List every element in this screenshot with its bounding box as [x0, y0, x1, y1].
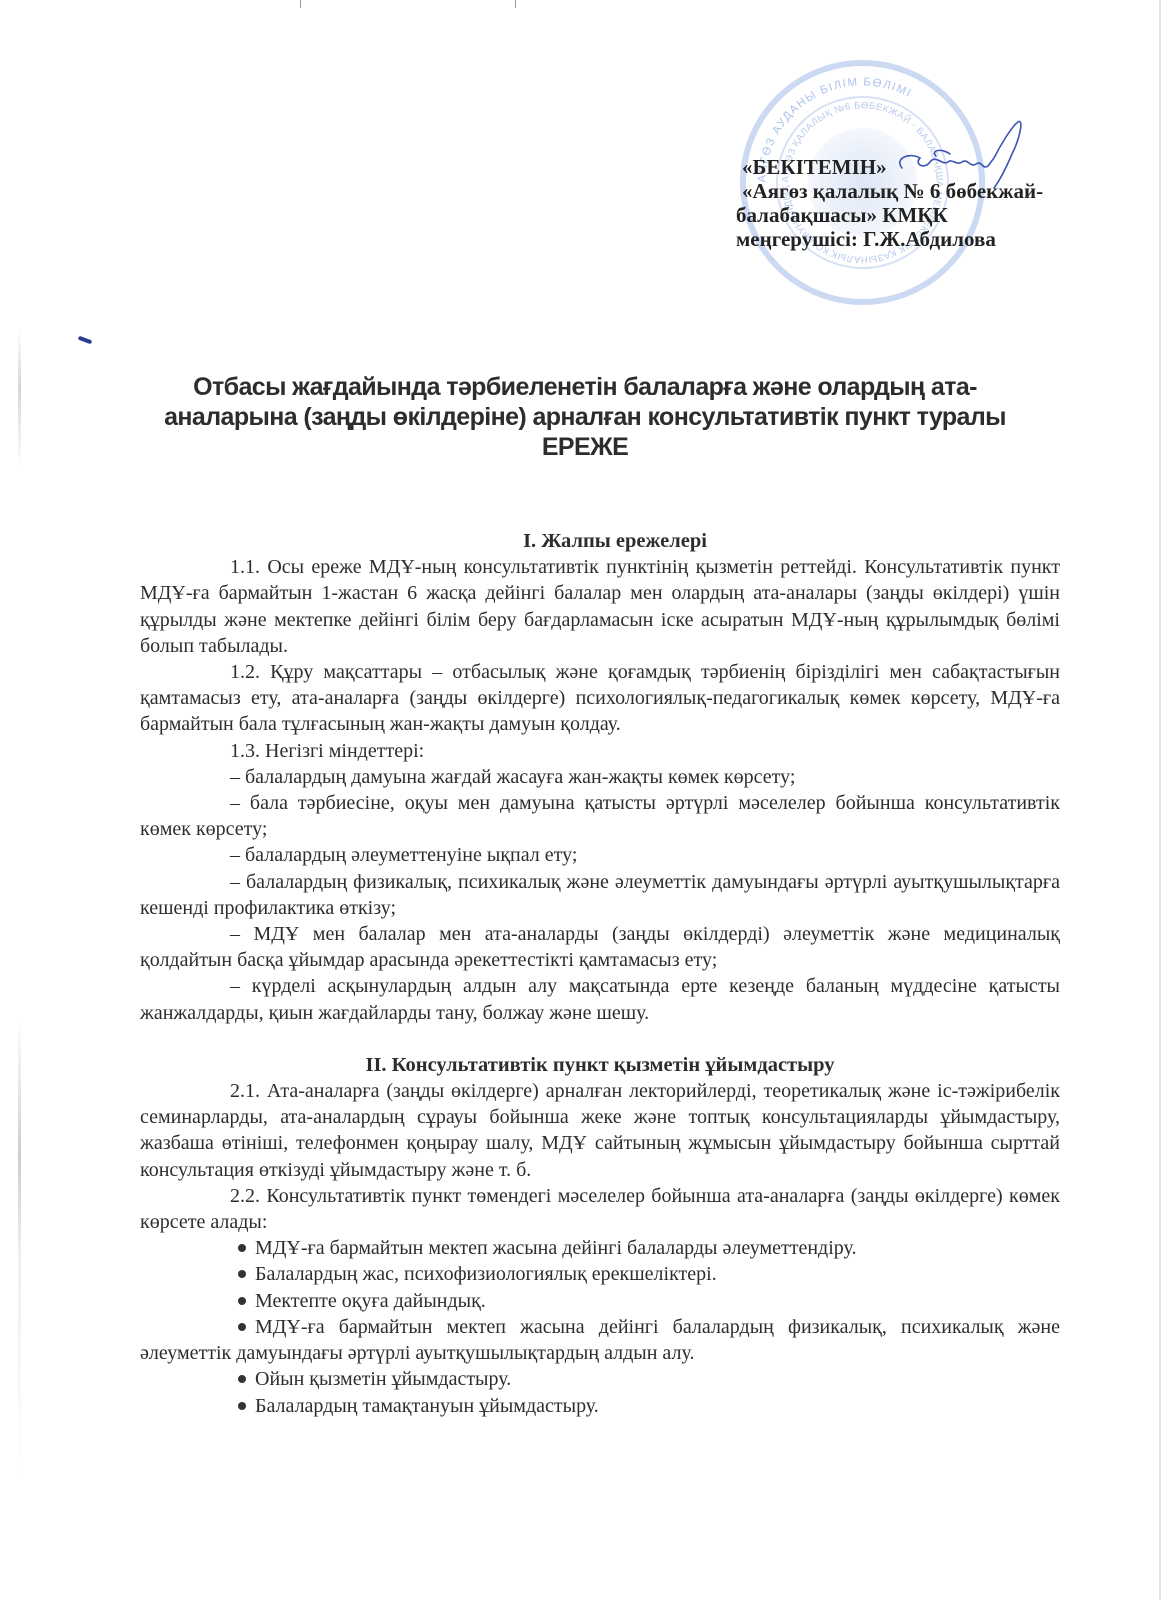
title-line-1: Отбасы жағдайында тәрбиеленетін балаларғ…	[150, 372, 1020, 402]
approval-label: «БЕКІТЕМІН»	[736, 155, 1066, 179]
section-spacer	[140, 1026, 1060, 1052]
approval-block: «БЕКІТЕМІН» «Аягөз қалалық № 6 бөбекжай-…	[736, 155, 1066, 251]
task-item: – балалардың физикалық, психикалық және …	[140, 869, 1060, 921]
paragraph-2-2: 2.2. Консультативтік пункт төмендегі мәс…	[140, 1183, 1060, 1235]
section-heading-2: II. Консультативтік пункт қызметін ұйымд…	[140, 1052, 1060, 1078]
paragraph-1-2: 1.2. Құру мақсаттары – отбасылық және қо…	[140, 659, 1060, 738]
scan-artifact-left	[18, 330, 21, 1480]
scan-artifact-top	[515, 0, 516, 8]
scan-artifact-top	[300, 0, 301, 8]
section-heading-1: I. Жалпы ережелері	[140, 528, 1060, 554]
bullet-item: МДҰ-ға бармайтын мектеп жасына дейінгі б…	[140, 1235, 1060, 1261]
bullet-item: Мектепте оқуға дайындық.	[140, 1288, 1060, 1314]
bullet-dot-icon	[238, 1323, 246, 1331]
task-item: – балалардың әлеуметтенуіне ықпал ету;	[140, 842, 1060, 868]
title-line-2: аналарына (заңды өкілдеріне) арналған ко…	[150, 402, 1020, 432]
bullet-item: МДҰ-ға бармайтын мектеп жасына дейінгі б…	[140, 1314, 1060, 1366]
approval-head-name: меңгерушісі: Г.Ж.Абдилова	[736, 227, 1066, 251]
bullet-dot-icon	[238, 1244, 246, 1252]
scan-artifact-right	[1159, 0, 1161, 1600]
title-line-3: ЕРЕЖЕ	[150, 432, 1020, 462]
bullet-dot-icon	[238, 1297, 246, 1305]
task-item: – күрделі асқынулардың алдын алу мақсаты…	[140, 973, 1060, 1025]
bullet-item: Балалардың тамақтануын ұйымдастыру.	[140, 1393, 1060, 1419]
paragraph-1-3: 1.3. Негізгі міндеттері:	[140, 738, 1060, 764]
task-item: – балалардың дамуына жағдай жасауға жан-…	[140, 764, 1060, 790]
task-item: – бала тәрбиесіне, оқуы мен дамуына қаты…	[140, 790, 1060, 842]
approval-organization-cont: балабақшасы» КМҚК	[736, 203, 1066, 227]
bullet-dot-icon	[238, 1375, 246, 1383]
task-item: – МДҰ мен балалар мен ата-аналарды (заңд…	[140, 921, 1060, 973]
document-title: Отбасы жағдайында тәрбиеленетін балаларғ…	[150, 372, 1020, 462]
bullet-item: Ойын қызметін ұйымдастыру.	[140, 1366, 1060, 1392]
approval-organization: «Аягөз қалалық № 6 бөбекжай-	[736, 179, 1066, 203]
bullet-item: Балалардың жас, психофизиологиялық ерекш…	[140, 1261, 1060, 1287]
bullet-dot-icon	[238, 1402, 246, 1410]
pen-mark	[78, 336, 93, 345]
paragraph-2-1: 2.1. Ата-аналарға (заңды өкілдерге) арна…	[140, 1078, 1060, 1183]
document-body: I. Жалпы ережелері 1.1. Осы ереже МДҰ-ны…	[140, 528, 1060, 1419]
paragraph-1-1: 1.1. Осы ереже МДҰ-ның консультативтік п…	[140, 554, 1060, 659]
bullet-dot-icon	[238, 1270, 246, 1278]
